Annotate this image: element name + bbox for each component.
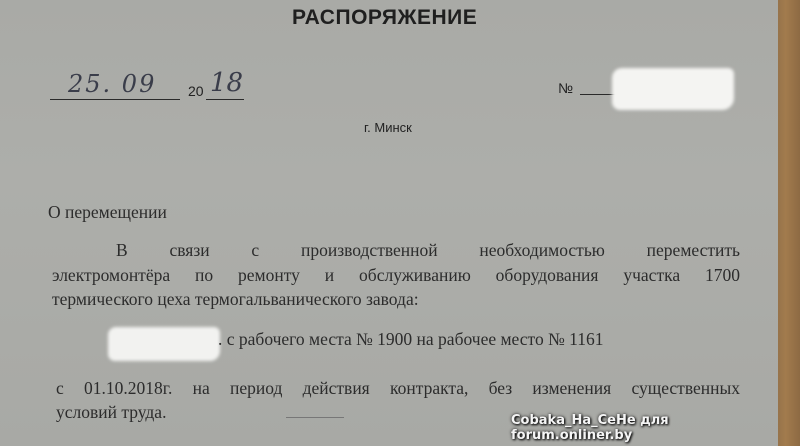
period-line-2: условий труда. (56, 402, 166, 423)
period-line-1: с 01.10.2018г. на период действия контра… (56, 378, 740, 399)
wooden-table-edge (776, 0, 800, 446)
redacted-number (612, 68, 734, 110)
year-prefix: 20 (188, 83, 204, 99)
word: связи (169, 240, 209, 261)
date-underline (50, 99, 180, 100)
number-label: № (558, 80, 573, 96)
word: с (251, 240, 259, 261)
document-title: РАСПОРЯЖЕНИЕ (292, 6, 477, 30)
word: переместить (647, 240, 740, 261)
word: производственной (301, 240, 438, 261)
paragraph-line-3: термического цеха термогальванического з… (52, 289, 740, 310)
subject-heading: О перемещении (48, 202, 167, 223)
city: г. Минск (364, 120, 412, 135)
handwritten-date: 25. 09 (68, 70, 156, 98)
redacted-employee-name (108, 327, 220, 361)
word: необходимостью (479, 240, 604, 261)
faint-dash (286, 417, 344, 418)
transfer-line: . с рабочего места № 1900 на рабочее мес… (218, 329, 604, 350)
document-page: РАСПОРЯЖЕНИЕ 25. 09 20 18 № г. Минск О п… (0, 0, 778, 446)
paragraph-line-2: электромонтёра по ремонту и обслуживанию… (52, 265, 740, 286)
handwritten-year: 18 (210, 68, 243, 98)
paragraph-line-1: В связи с производственной необходимость… (52, 240, 740, 261)
watermark: Cobaka_На_СеНе для forum.onliner.by (511, 413, 778, 443)
word: В (116, 240, 128, 261)
year-underline (206, 99, 244, 100)
